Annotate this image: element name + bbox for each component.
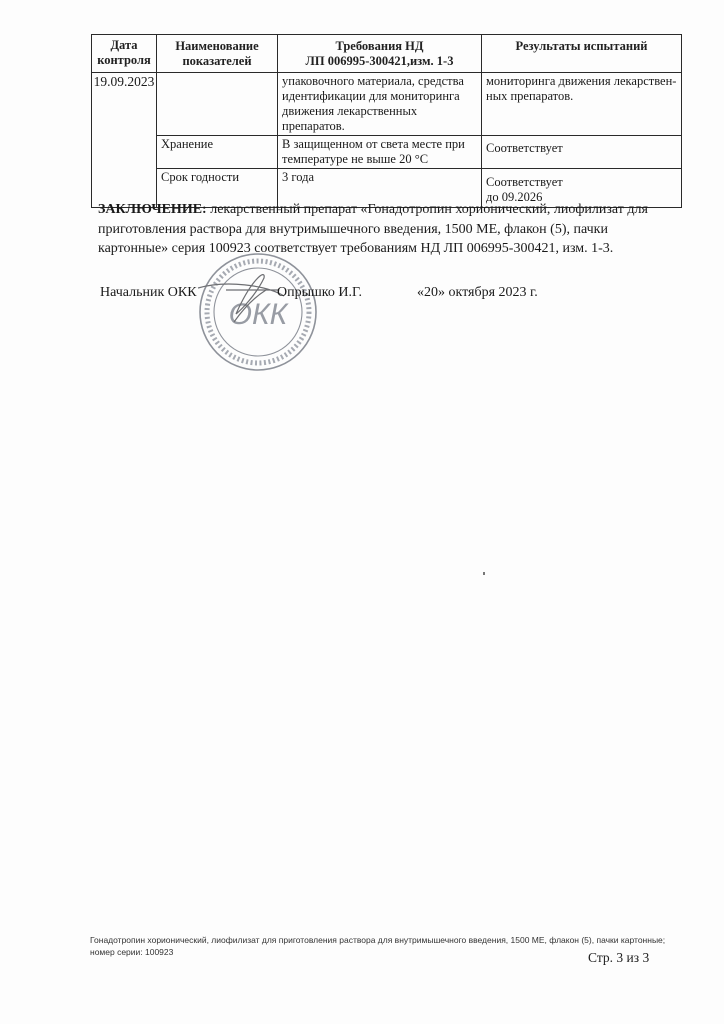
table-row: 19.09.2023 упаковочного материала, средс…: [92, 73, 682, 136]
test-results-table: Дата контроля Наименование показателей Т…: [91, 34, 682, 208]
stamp-text: ОКК: [229, 298, 290, 331]
signer-name: Опрышко И.Г.: [277, 285, 362, 301]
header-indicator-line2: показателей: [161, 54, 273, 69]
header-date: Дата контроля: [92, 35, 157, 73]
signer-position: Начальник ОКК: [100, 285, 197, 301]
cell-indicator: [157, 73, 278, 136]
header-results: Результаты испытаний: [482, 35, 682, 73]
cell-result: мониторинга движения лекарствен-ных преп…: [482, 73, 682, 136]
table-row: Хранение В защищенном от света месте при…: [92, 136, 682, 169]
result-line-1: Соответствует: [486, 175, 677, 190]
header-requirements-line1: Требования НД: [282, 39, 477, 54]
footer-line-1: Гонадотропин хорионический, лиофилизат д…: [90, 934, 670, 946]
header-date-line1: Дата: [93, 38, 155, 53]
official-stamp-icon: ОКК: [196, 250, 320, 374]
header-indicator-line1: Наименование: [161, 39, 273, 54]
cell-date: 19.09.2023: [92, 73, 157, 208]
cell-requirement: упаковочного материала, средства идентиф…: [278, 73, 482, 136]
footer-line-2: номер серии: 100923: [90, 946, 670, 958]
document-page: Дата контроля Наименование показателей Т…: [0, 0, 724, 1024]
scan-artifact: [483, 572, 485, 575]
header-date-line2: контроля: [93, 53, 155, 68]
signature-date: «20» октября 2023 г.: [417, 285, 538, 301]
table-header-row: Дата контроля Наименование показателей Т…: [92, 35, 682, 73]
conclusion-paragraph: ЗАКЛЮЧЕНИЕ: лекарственный препарат «Гона…: [98, 200, 668, 259]
page-number: Стр. 3 из 3: [588, 950, 649, 966]
header-requirements: Требования НД ЛП 006995-300421,изм. 1-3: [278, 35, 482, 73]
cell-result: Соответствует: [482, 136, 682, 169]
header-indicator: Наименование показателей: [157, 35, 278, 73]
header-requirements-line2: ЛП 006995-300421,изм. 1-3: [282, 54, 477, 69]
cell-indicator: Хранение: [157, 136, 278, 169]
page-footer: Гонадотропин хорионический, лиофилизат д…: [90, 934, 670, 958]
cell-requirement: В защищенном от света месте при температ…: [278, 136, 482, 169]
conclusion-label: ЗАКЛЮЧЕНИЕ:: [98, 202, 207, 217]
